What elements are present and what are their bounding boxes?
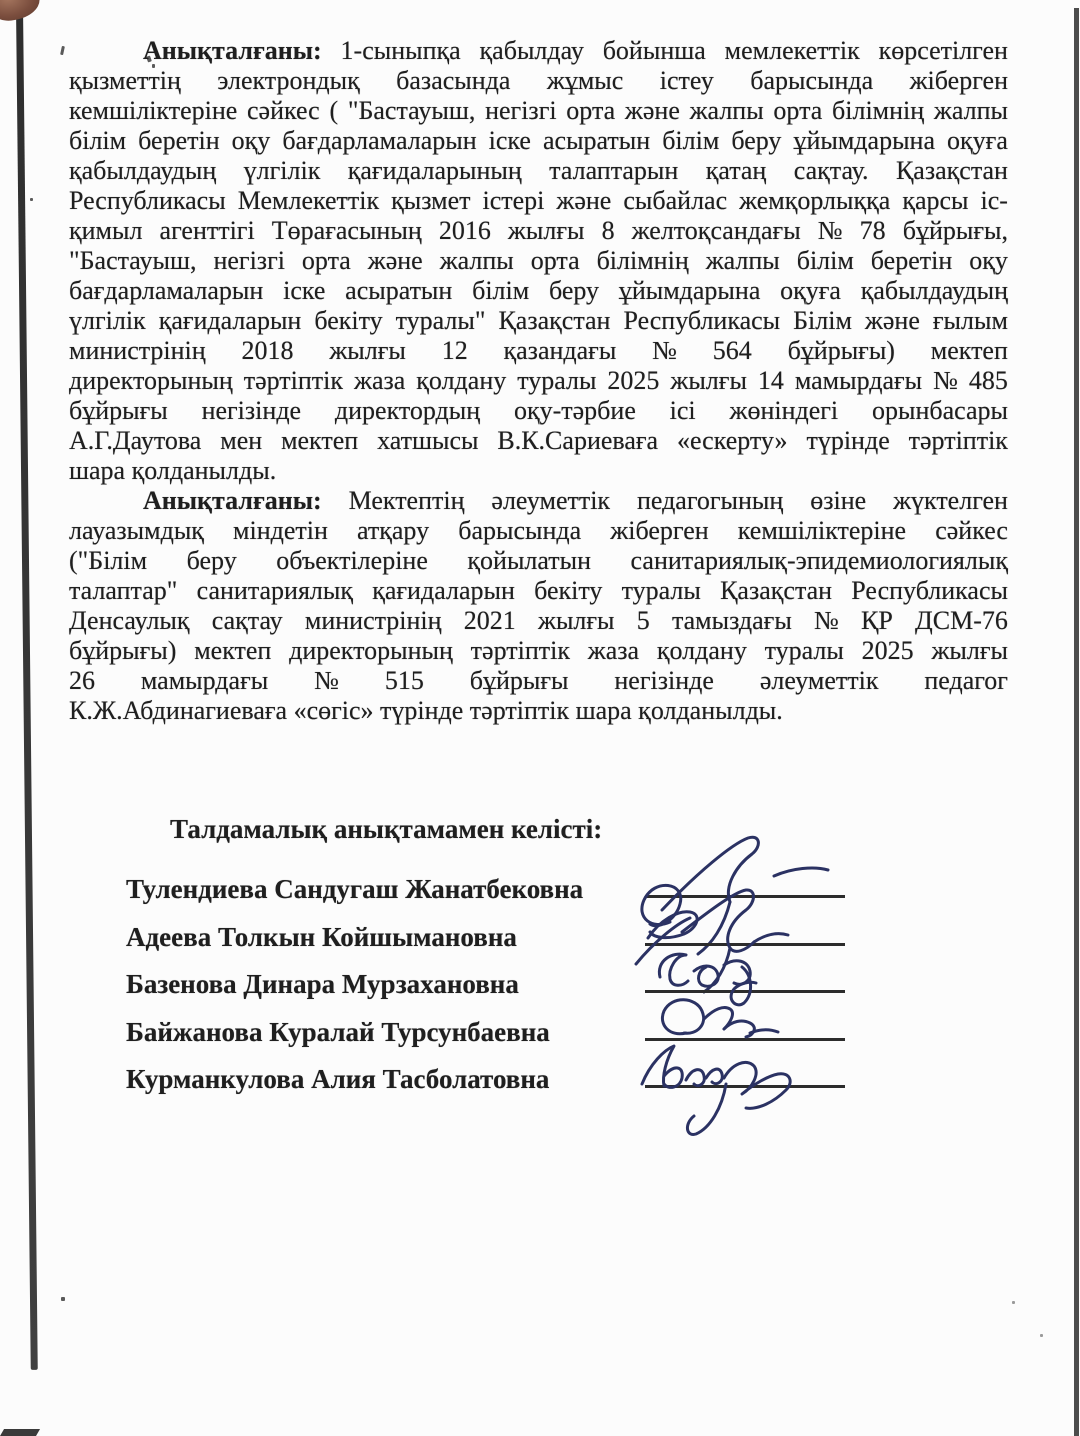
scan-speck	[61, 1297, 65, 1301]
text-line: А.Г.ДаутоваменмектепхатшысыВ.К.Сариеваға…	[69, 426, 1008, 456]
scan-speck	[1012, 1301, 1015, 1304]
text-line: үлгілікқағидаларынбекітутуралы"Қазақстан…	[69, 306, 1008, 336]
paragraph-disciplinary-action-2: Анықталғаны:Мектептіңәлеуметтікпедагогын…	[69, 486, 1008, 726]
text-line: лауазымдықміндетінатқарубарысындажіберге…	[69, 516, 1008, 546]
text-line: қызметтіңэлектрондықбазасындажұмысістеуб…	[69, 66, 1008, 96]
scanned-document-page: Анықталғаны:1-сыныпқақабылдаубойыншамемл…	[0, 0, 1080, 1436]
document-body: Анықталғаны:1-сыныпқақабылдаубойыншамемл…	[69, 36, 1008, 1104]
signatory-list: Тулендиева Сандугаш ЖанатбековнаАдеева Т…	[126, 866, 1008, 1104]
text-line: 26мамырдағы№515бұйрығынегізіндеәлеуметті…	[69, 666, 1008, 696]
signature-ink	[606, 1014, 936, 1164]
text-line: бұйрығы)мектепдиректорыныңтәртіптікжазақ…	[69, 636, 1008, 666]
scan-speck	[1040, 1334, 1043, 1337]
text-line: К.Ж.Абдинагиеваға «сөгіс» түрінде тәртіп…	[69, 696, 1008, 726]
text-line: директорыныңтәртіптікжазақолданутуралы20…	[69, 366, 1008, 396]
scan-edge-shadow-right	[1074, 8, 1079, 1436]
text-line: РеспубликасыМемлекеттікқызметістеріжәнес…	[69, 186, 1008, 216]
text-line: ("Білімберуобъектілерінеқойылатынсанитар…	[69, 546, 1008, 576]
text-line: министрінің2018жылғы12қазандағы№564бұйры…	[69, 336, 1008, 366]
scan-edge-shadow-left	[16, 6, 38, 1370]
text-line: білімберетіноқубағдарламаларыніскеасырат…	[69, 126, 1008, 156]
text-line: Денсаулықсақтауминистрінің2021жылғы5тамы…	[69, 606, 1008, 636]
text-line: талаптар"санитариялыққағидаларынбекітуту…	[69, 576, 1008, 606]
text-line: бағдарламаларыніскеасыратынбілімберуұйым…	[69, 276, 1008, 306]
signatory-row: Курманкулова Алия Тасболатовна	[126, 1056, 1008, 1104]
text-line: "Бастауыш,негізгіортажәнежалпыортабілімн…	[69, 246, 1008, 276]
text-line: Анықталғаны:Мектептіңәлеуметтікпедагогын…	[69, 486, 1008, 516]
text-line: шара қолданылды.	[69, 456, 1008, 486]
text-line: кемшіліктерінесәйкес("Бастауыш,негізгіор…	[69, 96, 1008, 126]
text-line: бұйрығынегізіндедиректордыңоқу-тәрбиеісі…	[69, 396, 1008, 426]
paragraph-disciplinary-action-1: Анықталғаны:1-сыныпқақабылдаубойыншамемл…	[69, 36, 1008, 486]
scan-speck	[60, 46, 65, 55]
scan-speck	[30, 198, 33, 201]
text-line: Анықталғаны:1-сыныпқақабылдаубойыншамемл…	[69, 36, 1008, 66]
scan-edge-shadow-bottom-left	[0, 1429, 40, 1436]
text-line: қабылдаудыңүлгілікқағидаларыныңталаптары…	[69, 156, 1008, 186]
text-line: қимылагенттігіТөрағасының2016жылғы8желто…	[69, 216, 1008, 246]
